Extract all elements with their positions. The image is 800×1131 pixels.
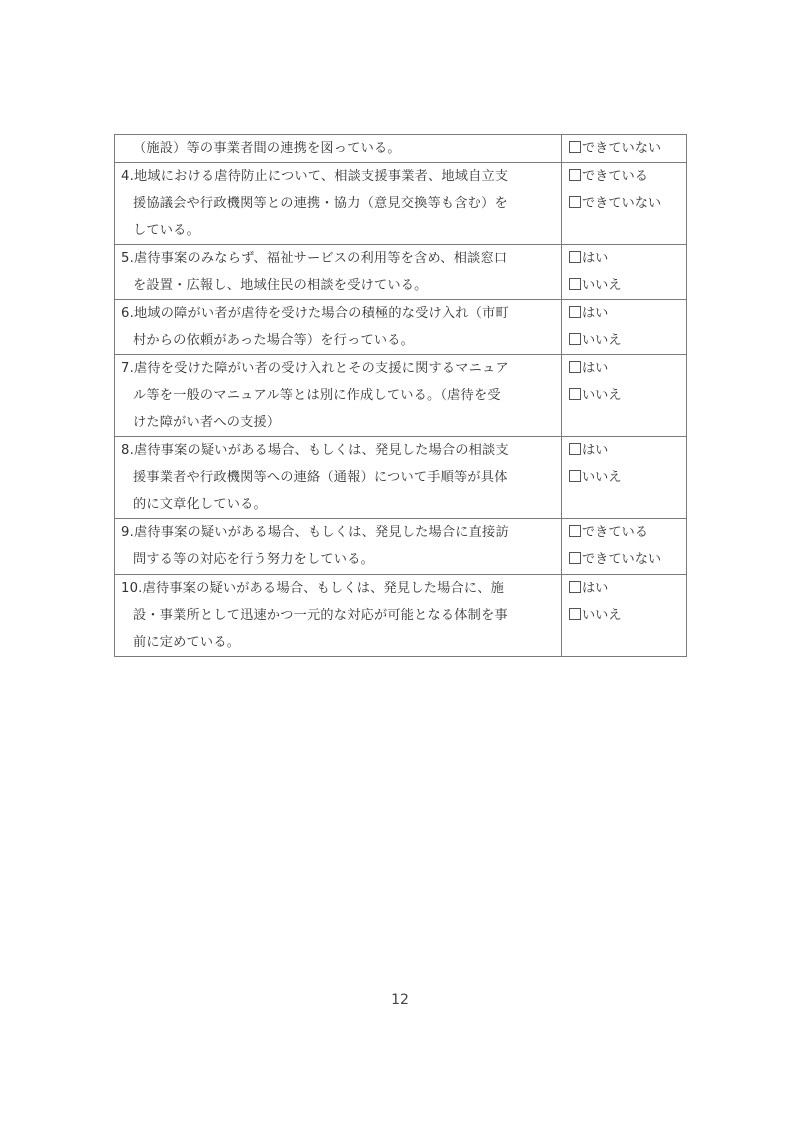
answer-option[interactable]: いいえ bbox=[569, 272, 686, 299]
answer-cell: できていない bbox=[562, 135, 687, 163]
answer-option-label: いいえ bbox=[582, 608, 622, 623]
question-line: 9.虐待事案の疑いがある場合、もしくは、発見した場合に直接訪 bbox=[121, 519, 557, 546]
answer-option[interactable]: はい bbox=[569, 355, 686, 382]
checkbox-icon[interactable] bbox=[569, 552, 581, 564]
question-line: （施設）等の事業者間の連携を図っている。 bbox=[121, 135, 557, 162]
question-cell: 10.虐待事案の疑いがある場合、もしくは、発見した場合に、施設・事業所として迅速… bbox=[115, 575, 562, 657]
question-text: 7.虐待を受けた障がい者の受け入れとその支援に関するマニュアル等を一般のマニュア… bbox=[115, 355, 561, 436]
checklist-row: （施設）等の事業者間の連携を図っている。できていない bbox=[115, 135, 687, 163]
answer-cell: できているできていない bbox=[562, 519, 687, 575]
answer-option[interactable]: はい bbox=[569, 437, 686, 464]
answer-option[interactable]: できている bbox=[569, 519, 686, 546]
question-cell: 4.地域における虐待防止について、相談支援事業者、地域自立支援協議会や行政機関等… bbox=[115, 163, 562, 245]
answer-cell: はいいいえ bbox=[562, 355, 687, 437]
checklist-row: 4.地域における虐待防止について、相談支援事業者、地域自立支援協議会や行政機関等… bbox=[115, 163, 687, 245]
answer-cell: はいいいえ bbox=[562, 575, 687, 657]
question-line: 4.地域における虐待防止について、相談支援事業者、地域自立支 bbox=[121, 163, 557, 190]
question-line: 援事業者や行政機関等への連絡（通報）について手順等が具体 bbox=[121, 464, 557, 491]
question-text: 6.地域の障がい者が虐待を受けた場合の積極的な受け入れ（市町村からの依頼があった… bbox=[115, 300, 561, 354]
answer-option-label: はい bbox=[582, 251, 608, 266]
checklist-row: 6.地域の障がい者が虐待を受けた場合の積極的な受け入れ（市町村からの依頼があった… bbox=[115, 300, 687, 355]
question-line: 前に定めている。 bbox=[121, 629, 557, 656]
answer-option-label: はい bbox=[582, 361, 608, 376]
checkbox-icon[interactable] bbox=[569, 333, 581, 345]
checkbox-icon[interactable] bbox=[569, 525, 581, 537]
answer-option-label: できている bbox=[582, 169, 648, 184]
answer-option-label: はい bbox=[582, 443, 608, 458]
checkbox-icon[interactable] bbox=[569, 278, 581, 290]
answer-option-label: できていない bbox=[582, 141, 661, 156]
question-line: 7.虐待を受けた障がい者の受け入れとその支援に関するマニュア bbox=[121, 355, 557, 382]
answer-option-label: いいえ bbox=[582, 333, 622, 348]
checkbox-icon[interactable] bbox=[569, 443, 581, 455]
answer-option[interactable]: はい bbox=[569, 575, 686, 602]
checkbox-icon[interactable] bbox=[569, 169, 581, 181]
answer-option-label: いいえ bbox=[582, 388, 622, 403]
answer-option[interactable]: できていない bbox=[569, 190, 686, 217]
answer-option-label: できていない bbox=[582, 552, 661, 567]
answer-option-label: いいえ bbox=[582, 278, 622, 293]
checkbox-icon[interactable] bbox=[569, 581, 581, 593]
checklist-table: （施設）等の事業者間の連携を図っている。できていない4.地域における虐待防止につ… bbox=[114, 134, 687, 657]
question-line: を設置・広報し、地域住民の相談を受けている。 bbox=[121, 272, 557, 299]
question-cell: （施設）等の事業者間の連携を図っている。 bbox=[115, 135, 562, 163]
answer-option-label: いいえ bbox=[582, 470, 622, 485]
question-cell: 6.地域の障がい者が虐待を受けた場合の積極的な受け入れ（市町村からの依頼があった… bbox=[115, 300, 562, 355]
question-line: 10.虐待事案の疑いがある場合、もしくは、発見した場合に、施 bbox=[121, 575, 557, 602]
question-line: 8.虐待事案の疑いがある場合、もしくは、発見した場合の相談支 bbox=[121, 437, 557, 464]
checkbox-icon[interactable] bbox=[569, 361, 581, 373]
question-text: 9.虐待事案の疑いがある場合、もしくは、発見した場合に直接訪問する等の対応を行う… bbox=[115, 519, 561, 573]
answer-cell: はいいいえ bbox=[562, 437, 687, 519]
question-cell: 7.虐待を受けた障がい者の受け入れとその支援に関するマニュアル等を一般のマニュア… bbox=[115, 355, 562, 437]
checkbox-icon[interactable] bbox=[569, 388, 581, 400]
answer-option-label: できていない bbox=[582, 196, 661, 211]
answer-option[interactable]: できていない bbox=[569, 546, 686, 573]
answer-option[interactable]: はい bbox=[569, 300, 686, 327]
answer-cell: はいいいえ bbox=[562, 300, 687, 355]
checklist-row: 8.虐待事案の疑いがある場合、もしくは、発見した場合の相談支援事業者や行政機関等… bbox=[115, 437, 687, 519]
answer-option[interactable]: いいえ bbox=[569, 327, 686, 354]
question-line: 5.虐待事案のみならず、福祉サービスの利用等を含め、相談窓口 bbox=[121, 245, 557, 272]
question-line: ル等を一般のマニュアル等とは別に作成している。（虐待を受 bbox=[121, 382, 557, 409]
checkbox-icon[interactable] bbox=[569, 196, 581, 208]
question-text: 10.虐待事案の疑いがある場合、もしくは、発見した場合に、施設・事業所として迅速… bbox=[115, 575, 561, 656]
answer-option[interactable]: はい bbox=[569, 245, 686, 272]
answer-cell: できているできていない bbox=[562, 163, 687, 245]
page-number: 12 bbox=[0, 992, 800, 1008]
question-line: けた障がい者への支援） bbox=[121, 409, 557, 436]
checklist-row: 9.虐待事案の疑いがある場合、もしくは、発見した場合に直接訪問する等の対応を行う… bbox=[115, 519, 687, 575]
question-text: 5.虐待事案のみならず、福祉サービスの利用等を含め、相談窓口を設置・広報し、地域… bbox=[115, 245, 561, 299]
question-cell: 9.虐待事案の疑いがある場合、もしくは、発見した場合に直接訪問する等の対応を行う… bbox=[115, 519, 562, 575]
question-line: 設・事業所として迅速かつ一元的な対応が可能となる体制を事 bbox=[121, 602, 557, 629]
answer-option[interactable]: できている bbox=[569, 163, 686, 190]
checkbox-icon[interactable] bbox=[569, 470, 581, 482]
question-line: 的に文章化している。 bbox=[121, 491, 557, 518]
checklist-row: 5.虐待事案のみならず、福祉サービスの利用等を含め、相談窓口を設置・広報し、地域… bbox=[115, 245, 687, 300]
question-line: 村からの依頼があった場合等）を行っている。 bbox=[121, 327, 557, 354]
answer-option[interactable]: できていない bbox=[569, 135, 686, 162]
question-line: 6.地域の障がい者が虐待を受けた場合の積極的な受け入れ（市町 bbox=[121, 300, 557, 327]
question-cell: 5.虐待事案のみならず、福祉サービスの利用等を含め、相談窓口を設置・広報し、地域… bbox=[115, 245, 562, 300]
question-text: （施設）等の事業者間の連携を図っている。 bbox=[115, 135, 561, 162]
answer-option[interactable]: いいえ bbox=[569, 602, 686, 629]
question-line: している。 bbox=[121, 217, 557, 244]
checkbox-icon[interactable] bbox=[569, 251, 581, 263]
answer-option-label: はい bbox=[582, 306, 608, 321]
checklist-row: 7.虐待を受けた障がい者の受け入れとその支援に関するマニュアル等を一般のマニュア… bbox=[115, 355, 687, 437]
answer-option[interactable]: いいえ bbox=[569, 464, 686, 491]
question-line: 援協議会や行政機関等との連携・協力（意見交換等も含む）を bbox=[121, 190, 557, 217]
question-text: 4.地域における虐待防止について、相談支援事業者、地域自立支援協議会や行政機関等… bbox=[115, 163, 561, 244]
question-line: 問する等の対応を行う努力をしている。 bbox=[121, 546, 557, 573]
answer-option-label: はい bbox=[582, 581, 608, 596]
question-cell: 8.虐待事案の疑いがある場合、もしくは、発見した場合の相談支援事業者や行政機関等… bbox=[115, 437, 562, 519]
answer-cell: はいいいえ bbox=[562, 245, 687, 300]
checkbox-icon[interactable] bbox=[569, 306, 581, 318]
answer-option[interactable]: いいえ bbox=[569, 382, 686, 409]
checkbox-icon[interactable] bbox=[569, 141, 581, 153]
answer-option-label: できている bbox=[582, 525, 648, 540]
question-text: 8.虐待事案の疑いがある場合、もしくは、発見した場合の相談支援事業者や行政機関等… bbox=[115, 437, 561, 518]
checkbox-icon[interactable] bbox=[569, 608, 581, 620]
checklist-row: 10.虐待事案の疑いがある場合、もしくは、発見した場合に、施設・事業所として迅速… bbox=[115, 575, 687, 657]
document-page: （施設）等の事業者間の連携を図っている。できていない4.地域における虐待防止につ… bbox=[0, 0, 800, 1131]
